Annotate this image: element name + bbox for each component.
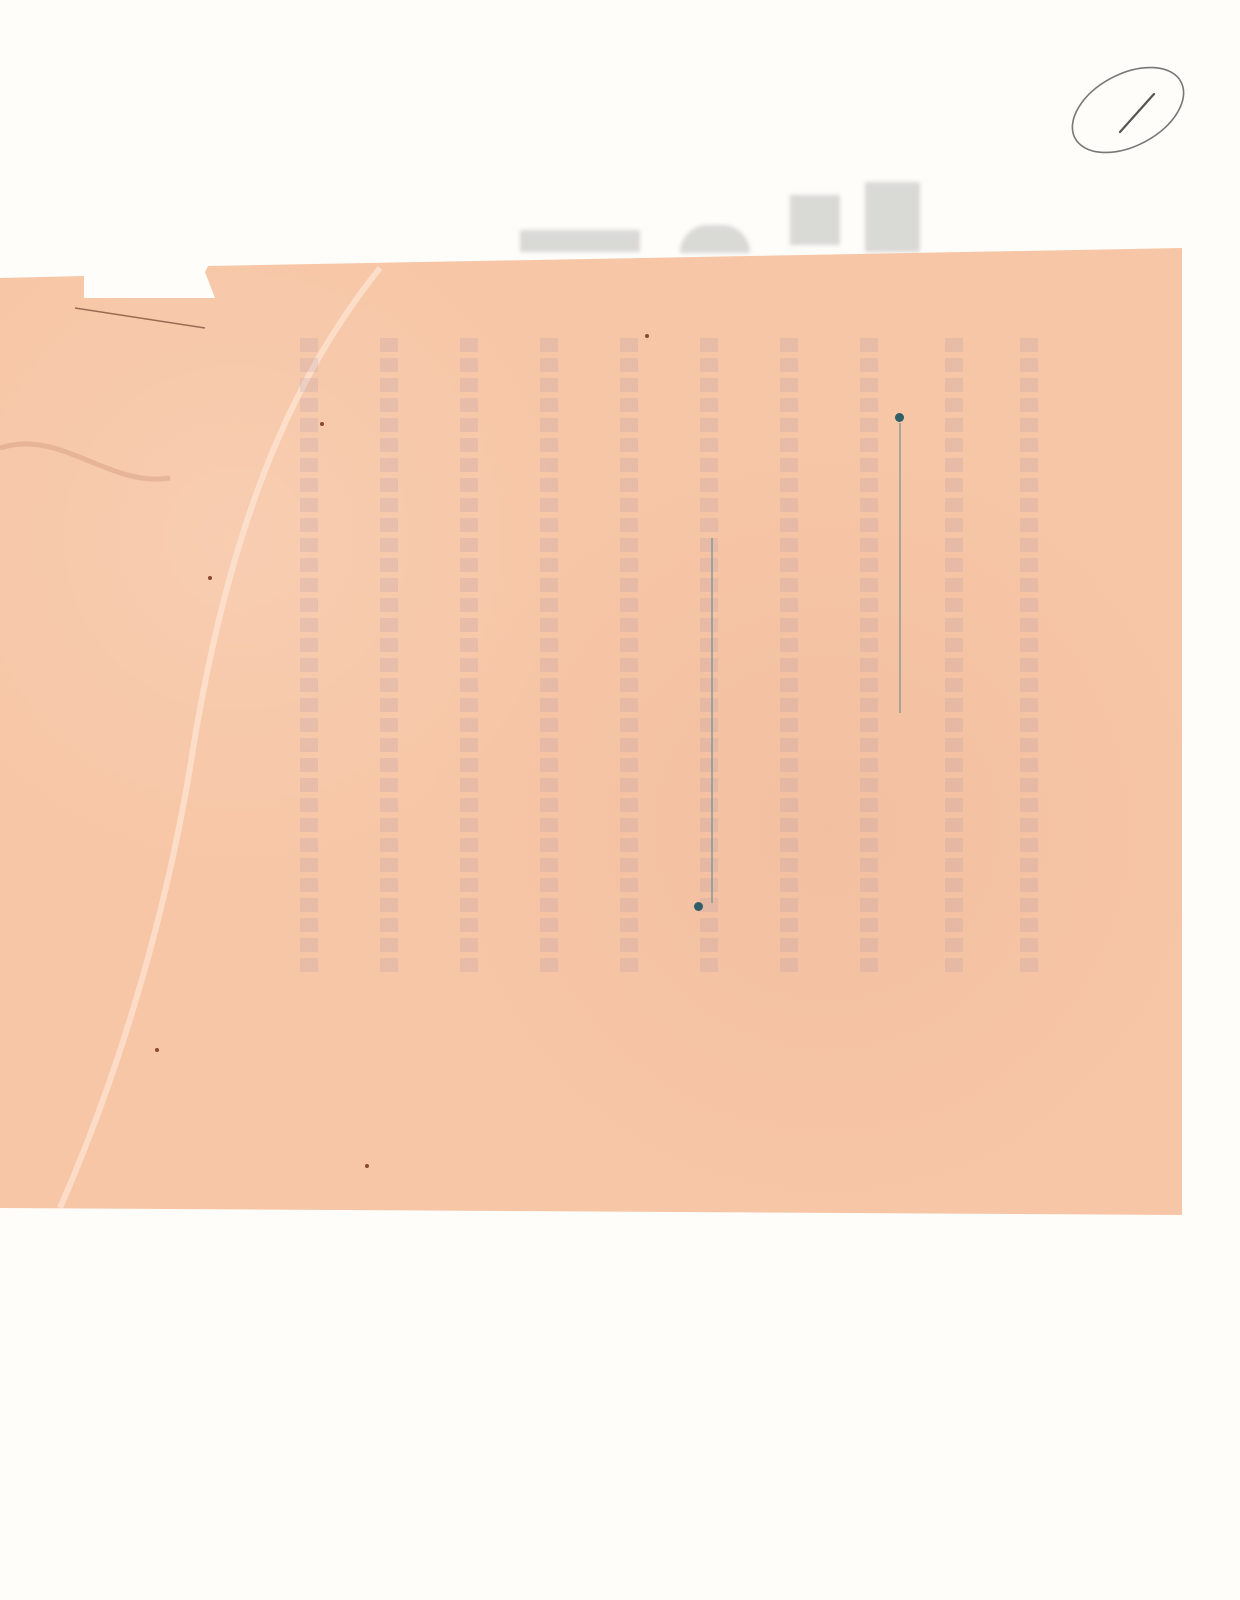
paper-speck — [645, 334, 649, 338]
paper-speck — [365, 1164, 369, 1168]
ink-line — [899, 423, 901, 713]
showthrough-text-line — [860, 338, 878, 978]
showthrough-text-line — [620, 338, 638, 978]
showthrough-text-line — [780, 338, 798, 978]
faded-stamp — [790, 195, 840, 245]
ink-dot — [694, 902, 703, 911]
pencil-circle-icon — [1062, 62, 1192, 157]
showthrough-text-line — [300, 338, 318, 978]
faded-stamp — [520, 230, 640, 252]
faded-stamp — [865, 182, 920, 252]
paper-fold-crease — [0, 248, 1182, 1215]
paper-speck — [155, 1048, 159, 1052]
showthrough-text-line — [700, 338, 718, 978]
faded-stamp — [680, 225, 750, 253]
ink-line — [711, 538, 713, 903]
showthrough-text-line — [945, 338, 963, 978]
showthrough-text-line — [460, 338, 478, 978]
showthrough-text-line — [380, 338, 398, 978]
attached-pink-paper — [0, 248, 1182, 1215]
page-number-label: 1 — [1062, 62, 1063, 63]
showthrough-text-line — [1020, 338, 1038, 978]
showthrough-text-line — [540, 338, 558, 978]
paper-speck — [320, 422, 324, 426]
ink-dot — [895, 413, 904, 422]
paper-speck — [208, 576, 212, 580]
circled-page-number: 1 — [1062, 62, 1192, 157]
